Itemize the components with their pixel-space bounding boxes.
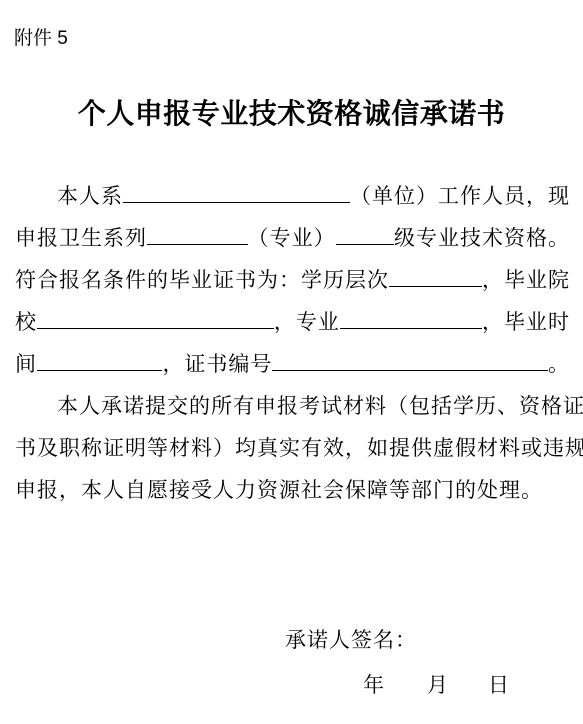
form-text: 。: [548, 344, 570, 386]
form-text: （单位）工作人员，现: [350, 176, 570, 218]
date-month-label: 月: [427, 672, 448, 700]
blank-field: [37, 350, 162, 371]
form-line: 本人系（单位）工作人员，现: [15, 176, 570, 218]
form-line: 申报卫生系列（专业）级专业技术资格。: [15, 218, 570, 260]
attachment-label: 附件 5: [14, 27, 68, 51]
signature-label: 承诺人签名：: [285, 627, 417, 655]
form-text: ，毕业时: [482, 302, 570, 344]
blank-field: [389, 266, 482, 287]
form-line: 符合报名条件的毕业证书为：学历层次，毕业院: [15, 260, 570, 302]
document-body: 本人系（单位）工作人员，现申报卫生系列（专业）级专业技术资格。符合报名条件的毕业…: [15, 176, 570, 512]
date-day-label: 日: [488, 672, 509, 700]
blank-field: [272, 350, 548, 371]
blank-field: [37, 308, 274, 329]
form-text: 书及职称证明等材料）均真实有效，如提供虚假材料或违规: [15, 428, 583, 470]
form-text: 符合报名条件的毕业证书为：学历层次: [15, 260, 389, 302]
page-title: 个人申报专业技术资格诚信承诺书: [0, 94, 583, 134]
form-text: 申报，本人自愿接受人力资源社会保障等部门的处理。: [15, 470, 543, 512]
form-line: 书及职称证明等材料）均真实有效，如提供虚假材料或违规: [15, 428, 570, 470]
form-text: 本人承诺提交的所有申报考试材料（包括学历、资格证: [57, 386, 583, 428]
form-text: ，专业: [274, 302, 340, 344]
form-text: 申报卫生系列: [15, 218, 147, 260]
date-year-label: 年: [363, 672, 384, 700]
form-text: ，毕业院: [482, 260, 570, 302]
form-line: 申报，本人自愿接受人力资源社会保障等部门的处理。: [15, 470, 570, 512]
form-text: 校: [15, 302, 37, 344]
date-row: 年 月 日: [0, 672, 583, 700]
form-text: 级专业技术资格。: [394, 218, 570, 260]
blank-field: [336, 224, 394, 245]
form-text: （专业）: [248, 218, 336, 260]
blank-field: [147, 224, 248, 245]
form-text: 间: [15, 344, 37, 386]
form-line: 校，专业，毕业时: [15, 302, 570, 344]
form-text: ，证书编号: [162, 344, 272, 386]
document-page: 附件 5 个人申报专业技术资格诚信承诺书 本人系（单位）工作人员，现申报卫生系列…: [0, 0, 583, 724]
form-line: 间，证书编号。: [15, 344, 570, 386]
form-text: 本人系: [57, 176, 123, 218]
blank-field: [340, 308, 482, 329]
form-line: 本人承诺提交的所有申报考试材料（包括学历、资格证: [15, 386, 570, 428]
blank-field: [123, 182, 350, 203]
